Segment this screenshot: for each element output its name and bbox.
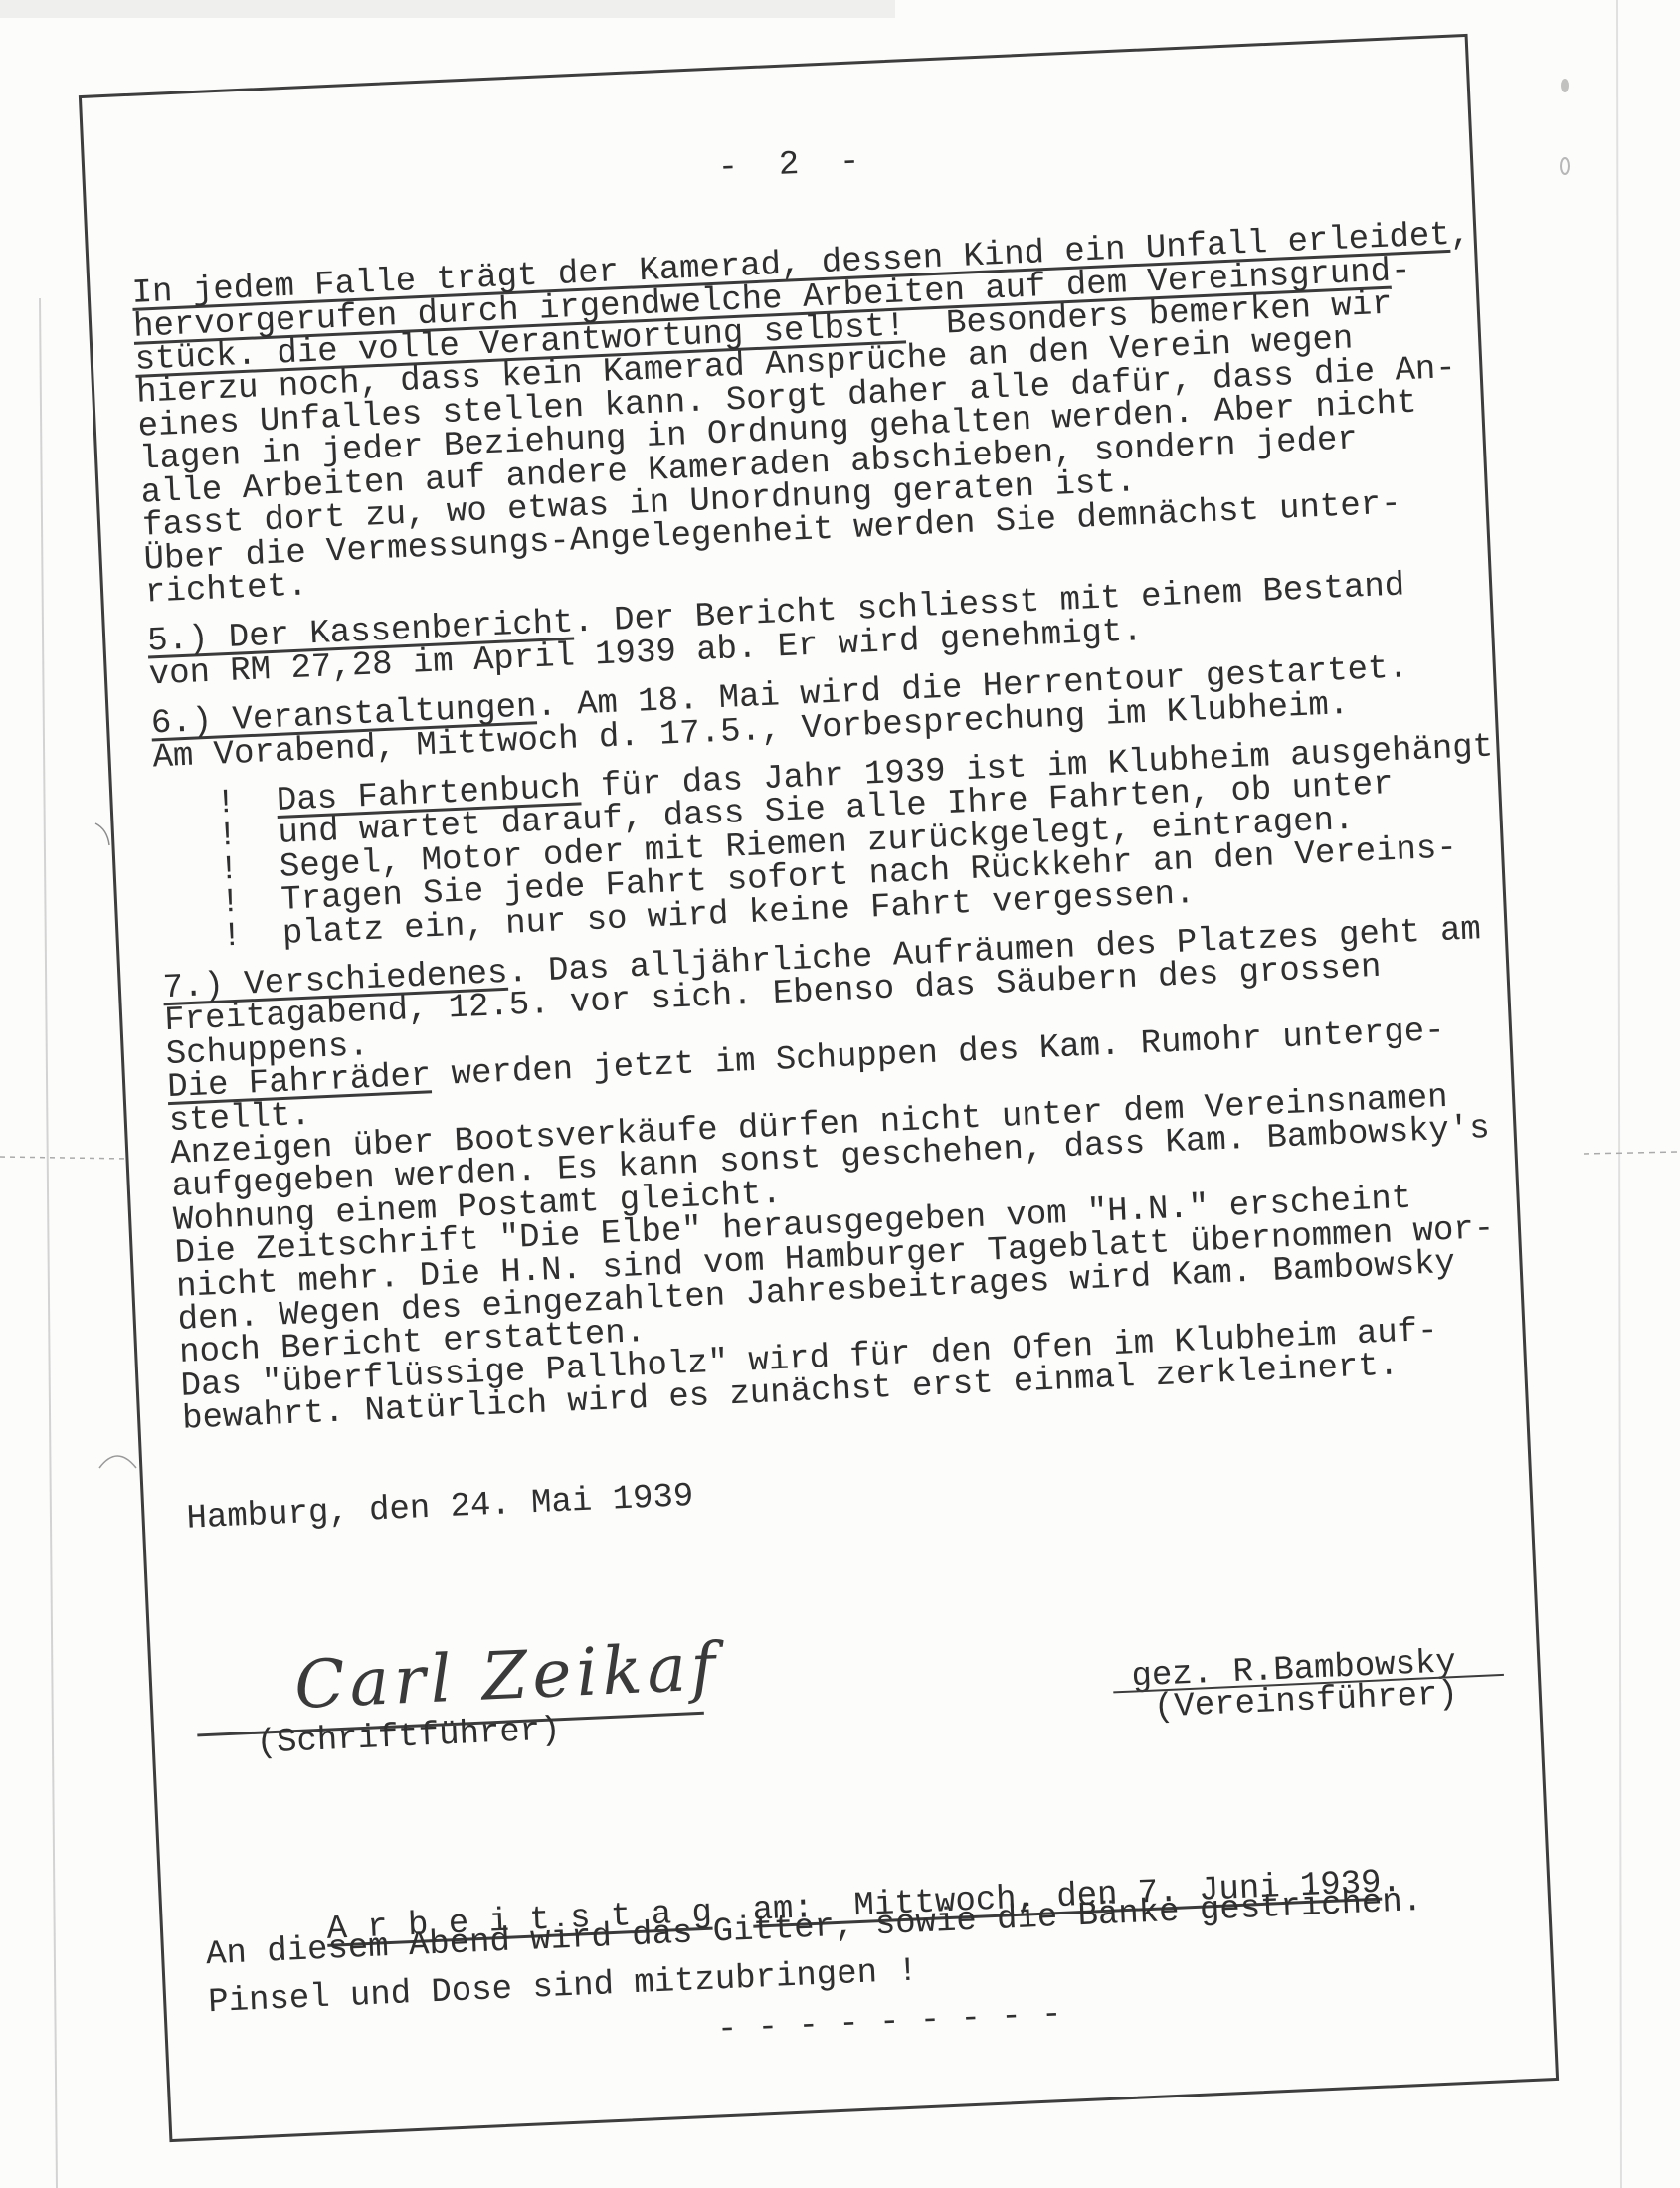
exclamation-marker: ! [158, 885, 281, 924]
dashed-scan-line [1584, 1152, 1680, 1154]
document-frame: - 2 - In jedem Falle trägt der Kamerad, … [78, 34, 1558, 2142]
text-segment: - [1390, 253, 1411, 291]
right-page-edge [1617, 0, 1621, 2188]
text-segment: , [1448, 216, 1470, 255]
body-text: In jedem Falle trägt der Kamerad, dessen… [131, 219, 1521, 1437]
top-edge-shadow [0, 0, 895, 18]
text-segment: richtet. [144, 567, 308, 612]
speck-mark [1561, 79, 1569, 92]
dashed-scan-line [0, 1157, 129, 1159]
punch-hole-arc [95, 823, 109, 845]
page-number: - 2 - [717, 146, 860, 186]
left-page-edge [40, 298, 57, 2188]
exclamation-marker: ! [159, 919, 282, 958]
speck-mark [1561, 158, 1569, 174]
scanned-page: - 2 - In jedem Falle trägt der Kamerad, … [0, 0, 1680, 2188]
paragraph: 7.) Verschiedenes. Das alljährliche Aufr… [162, 913, 1521, 1437]
punch-hole-arc [99, 1456, 136, 1468]
paragraph: In jedem Falle trägt der Kamerad, dessen… [131, 219, 1484, 611]
